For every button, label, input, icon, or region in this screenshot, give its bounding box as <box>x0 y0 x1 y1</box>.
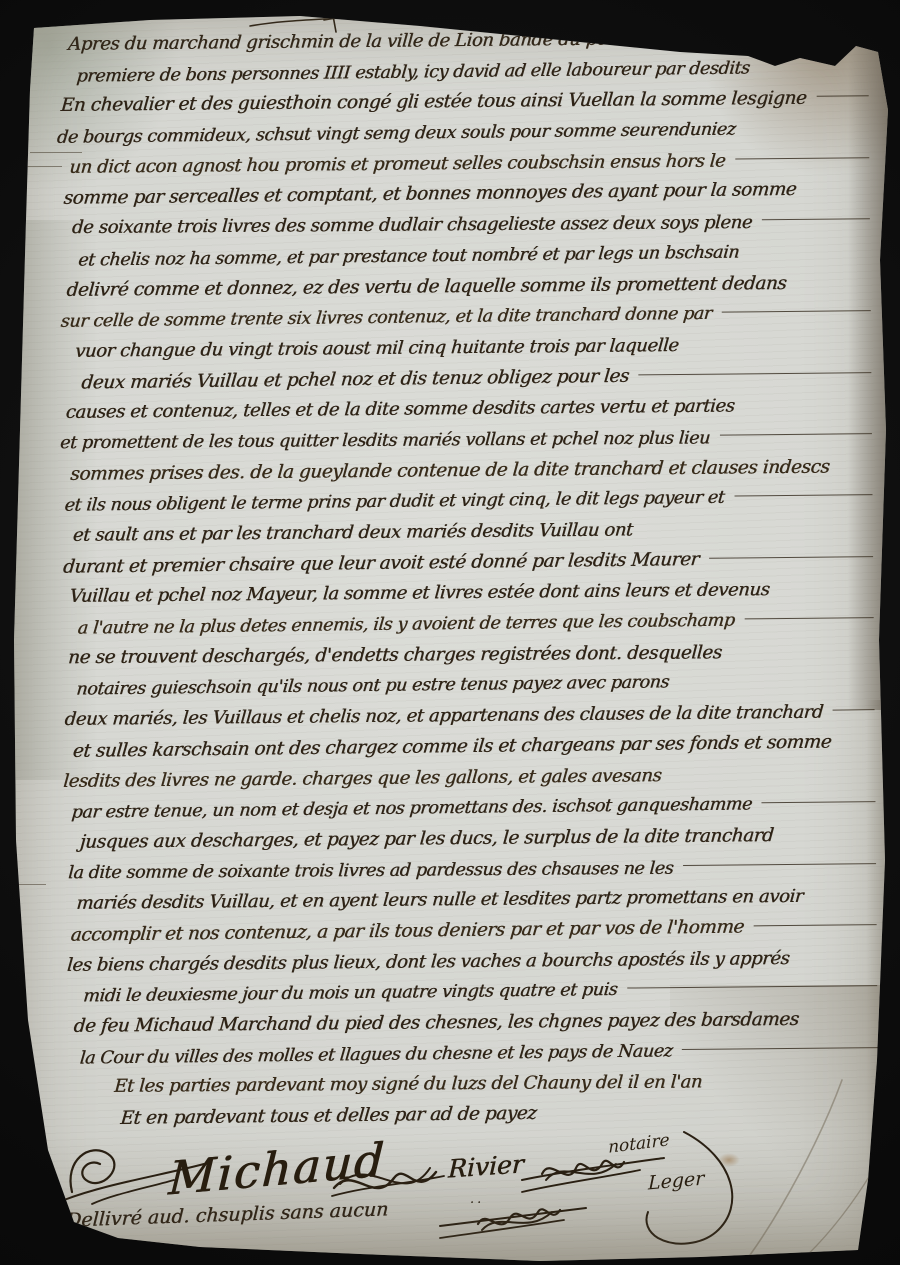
manuscript-line-text: un dict acon agnost hou promis et promeu… <box>68 146 726 183</box>
rivier-paraph-knot <box>520 1144 666 1206</box>
manuscript-line: par estre tenue, un nom et desja et nos … <box>63 789 883 828</box>
line-end-rule <box>720 433 872 435</box>
manuscript-line: a l'autre ne la plus detes ennemis, ils … <box>62 605 882 644</box>
manuscript-line-text: par estre tenue, un nom et desja et nos … <box>70 790 753 828</box>
manuscript-line: durant et premier chsaire que leur avoit… <box>61 544 881 583</box>
stain-left-band <box>0 220 130 780</box>
manuscript-line: Vuillau et pchel noz Mayeur, la somme et… <box>61 574 881 613</box>
manuscript-line-text: durant et premier chsaire que leur avoit… <box>62 545 701 583</box>
manuscript-line: mariés desdits Vuillau, et en ayent leur… <box>64 881 884 920</box>
manuscript-line-text: notaires guieschsoin qu'ils nous ont pu … <box>75 668 671 705</box>
manuscript-line-text: vuor changue du vingt trois aoust mil ci… <box>74 331 680 368</box>
manuscript-line-text: lesdits des livres ne garde. charges que… <box>63 761 662 797</box>
stain-top-left <box>0 0 310 380</box>
manuscript-line: et sault ans et par les tranchard deux m… <box>61 513 881 552</box>
manuscript-line-text: deux mariés Vuillau et pchel noz et dis … <box>80 361 630 398</box>
manuscript-line-text: sur celle de somme trente six livres con… <box>59 299 713 337</box>
signature-michaud: Michaud <box>167 1132 387 1205</box>
manuscript-line: de soixante trois livres des somme dudla… <box>58 206 878 245</box>
manuscript-line: et chelis noz ha somme, et par prestance… <box>58 237 878 276</box>
manuscript-line: Apres du marchand grischmin de la ville … <box>56 22 876 61</box>
manuscript-line: deux mariés, les Vuillaus et chelis noz,… <box>62 697 882 736</box>
fold-creases <box>720 1070 900 1265</box>
manuscript-line-text: En chevalier et des guiesthoin congé gli… <box>60 84 808 122</box>
michaud-paraph-flourish <box>330 1158 448 1210</box>
manuscript-line: ne se trouvent deschargés, d'endetts cha… <box>62 636 882 675</box>
manuscript-paper-sheet: Apres du marchand grischmin de la ville … <box>0 0 900 1265</box>
manuscript-line-text: delivré comme et donnez, ez des vertu de… <box>65 268 787 306</box>
line-end-rule <box>639 372 872 375</box>
line-end-rule <box>754 924 877 926</box>
manuscript-line-text: la dite somme de soixante trois livres a… <box>67 853 674 888</box>
manuscript-line: causes et contenuz, telles et de la dite… <box>60 390 880 429</box>
line-end-rule <box>709 556 873 559</box>
manuscript-line: vuor changue du vingt trois aoust mil ci… <box>59 329 879 368</box>
manuscript-line-text: de feu Michaud Marchand du pied des ches… <box>72 1005 799 1043</box>
manuscript-line-text: Et en pardevant tous et delles par ad de… <box>119 1099 538 1135</box>
scratch-mark <box>24 166 62 167</box>
manuscript-line: delivré comme et donnez, ez des vertu de… <box>58 268 878 307</box>
manuscript-line: de feu Michaud Marchand du pied des ches… <box>65 1004 885 1043</box>
manuscript-line-text: causes et contenuz, telles et de la dite… <box>65 392 736 429</box>
manuscript-line-text: de bourgs commideux, schsut vingt semg d… <box>57 115 737 153</box>
folded-corner-shading <box>670 985 900 1265</box>
ink-spot <box>718 1153 740 1167</box>
manuscript-line-text: sommes prises des. de la gueylande conte… <box>69 452 830 490</box>
signature-rivier: Rivier <box>448 1149 525 1183</box>
manuscript-line: somme par sercealles et comptant, et bon… <box>57 176 877 215</box>
manuscript-line: un dict acon agnost hou promis et promeu… <box>57 145 877 184</box>
right-edge-shadow <box>848 30 900 710</box>
photograph-black-background: Apres du marchand grischmin de la ville … <box>0 0 900 1265</box>
manuscript-line: la dite somme de soixante trois livres a… <box>64 851 884 890</box>
manuscript-line: les biens chargés desdits plus lieux, do… <box>65 943 885 982</box>
manuscript-line: midi le deuxiesme jour du mois un quatre… <box>65 973 885 1012</box>
manuscript-line-text: mariés desdits Vuillau, et en ayent leur… <box>75 882 804 920</box>
line-end-rule <box>762 218 870 220</box>
line-end-rule <box>735 157 869 159</box>
stain-top-right-corner <box>600 0 900 280</box>
line-end-rule <box>627 985 877 988</box>
manuscript-line-text: et sulles karschsain ont des chargez com… <box>71 728 832 767</box>
manuscript-line: En chevalier et des guiesthoin congé gli… <box>57 83 877 122</box>
registration-cross-mark <box>248 8 360 36</box>
manuscript-line-text: et promettent de les tous quitter lesdit… <box>60 423 711 459</box>
manuscript-line: et ils nous obligent le terme prins par … <box>60 482 880 521</box>
manuscript-line-text: deux mariés, les Vuillaus et chelis noz,… <box>63 698 824 736</box>
line-end-rule <box>682 1047 878 1050</box>
manuscript-line-text: midi le deuxiesme jour du mois un quatre… <box>82 975 619 1012</box>
manuscript-line: Et les parties pardevant moy signé du lu… <box>66 1065 886 1104</box>
manuscript-line: et sulles karschsain ont des chargez com… <box>63 728 883 767</box>
manuscript-line-text: somme par sercealles et comptant, et bon… <box>62 176 798 215</box>
manuscript-line-text: et chelis noz ha somme, et par prestance… <box>77 237 741 275</box>
manuscript-line: lesdits des livres ne garde. charges que… <box>63 759 883 798</box>
rivier-paraph-dots: .. <box>470 1192 484 1207</box>
signature-notaire-title: notaire <box>608 1130 670 1158</box>
line-end-rule <box>722 310 871 312</box>
line-end-rule <box>744 617 873 619</box>
manuscript-line: notaires guieschsoin qu'ils nous ont pu … <box>62 667 882 706</box>
delivery-seal-scribble <box>438 1196 588 1254</box>
manuscript-line-text: la Cour du villes des molles et llagues … <box>78 1036 673 1073</box>
manuscript-line-text: et sault ans et par les tranchard deux m… <box>72 515 634 551</box>
line-end-rule <box>683 863 876 866</box>
manuscript-line-text: a l'autre ne la plus detes ennemis, ils … <box>76 606 736 644</box>
line-end-rule <box>816 96 868 98</box>
manuscript-line-text: et ils nous obligent le terme prins par … <box>63 483 726 521</box>
manuscript-line-text: jusques aux descharges, et payez par les… <box>79 821 775 858</box>
manuscript-line: premiere de bons personnes IIII estably,… <box>56 53 876 92</box>
manuscript-line-text: Apres du marchand grischmin de la ville … <box>67 24 727 61</box>
manuscript-line: et promettent de les tous quitter lesdit… <box>60 421 880 460</box>
bottom-edge-stain <box>0 1135 900 1265</box>
manuscript-line: jusques aux descharges, et payez par les… <box>64 820 884 859</box>
manuscript-line-text: Vuillau et pchel noz Mayeur, la somme et… <box>68 576 770 613</box>
manuscript-line: la Cour du villes des molles et llagues … <box>66 1035 886 1074</box>
line-end-rule <box>833 709 875 710</box>
manuscript-line: accomplir et nos contenuz, a par ils tou… <box>65 912 885 951</box>
right-edge-shadow-lower <box>866 700 900 1240</box>
manuscript-line-text: les biens chargés desdits plus lieux, do… <box>66 944 791 982</box>
manuscript-line-text: accomplir et nos contenuz, a par ils tou… <box>69 912 745 950</box>
manuscript-line-text: premiere de bons personnes IIII estably,… <box>75 53 751 91</box>
manuscript-line: de bourgs commideux, schsut vingt semg d… <box>57 114 877 153</box>
manuscript-lines: Apres du marchand grischmin de la ville … <box>56 22 887 1135</box>
large-flourish-loop <box>618 1128 770 1254</box>
line-end-rule <box>762 801 876 803</box>
manuscript-line: sur celle de somme trente six livres con… <box>59 298 879 337</box>
manuscript-line-text: Et les parties pardevant moy signé du lu… <box>113 1068 703 1103</box>
witness-paraph <box>62 1134 212 1216</box>
manuscript-line-text: de soixante trois livres des somme dudla… <box>71 208 753 244</box>
manuscript-line-text: ne se trouvent deschargés, d'endetts cha… <box>67 638 723 674</box>
manuscript-line: Et en pardevant tous et delles par ad de… <box>66 1096 886 1135</box>
line-end-rule <box>734 494 872 496</box>
delivery-note-line: Dellivré aud. chsuplis sans aucun <box>66 1198 389 1231</box>
manuscript-line: sommes prises des. de la gueylande conte… <box>60 452 880 491</box>
scratch-mark <box>16 884 46 885</box>
manuscript-line: deux mariés Vuillau et pchel noz et dis … <box>59 360 879 399</box>
scratch-mark <box>30 152 82 153</box>
signature-leger: Leger <box>648 1167 705 1194</box>
